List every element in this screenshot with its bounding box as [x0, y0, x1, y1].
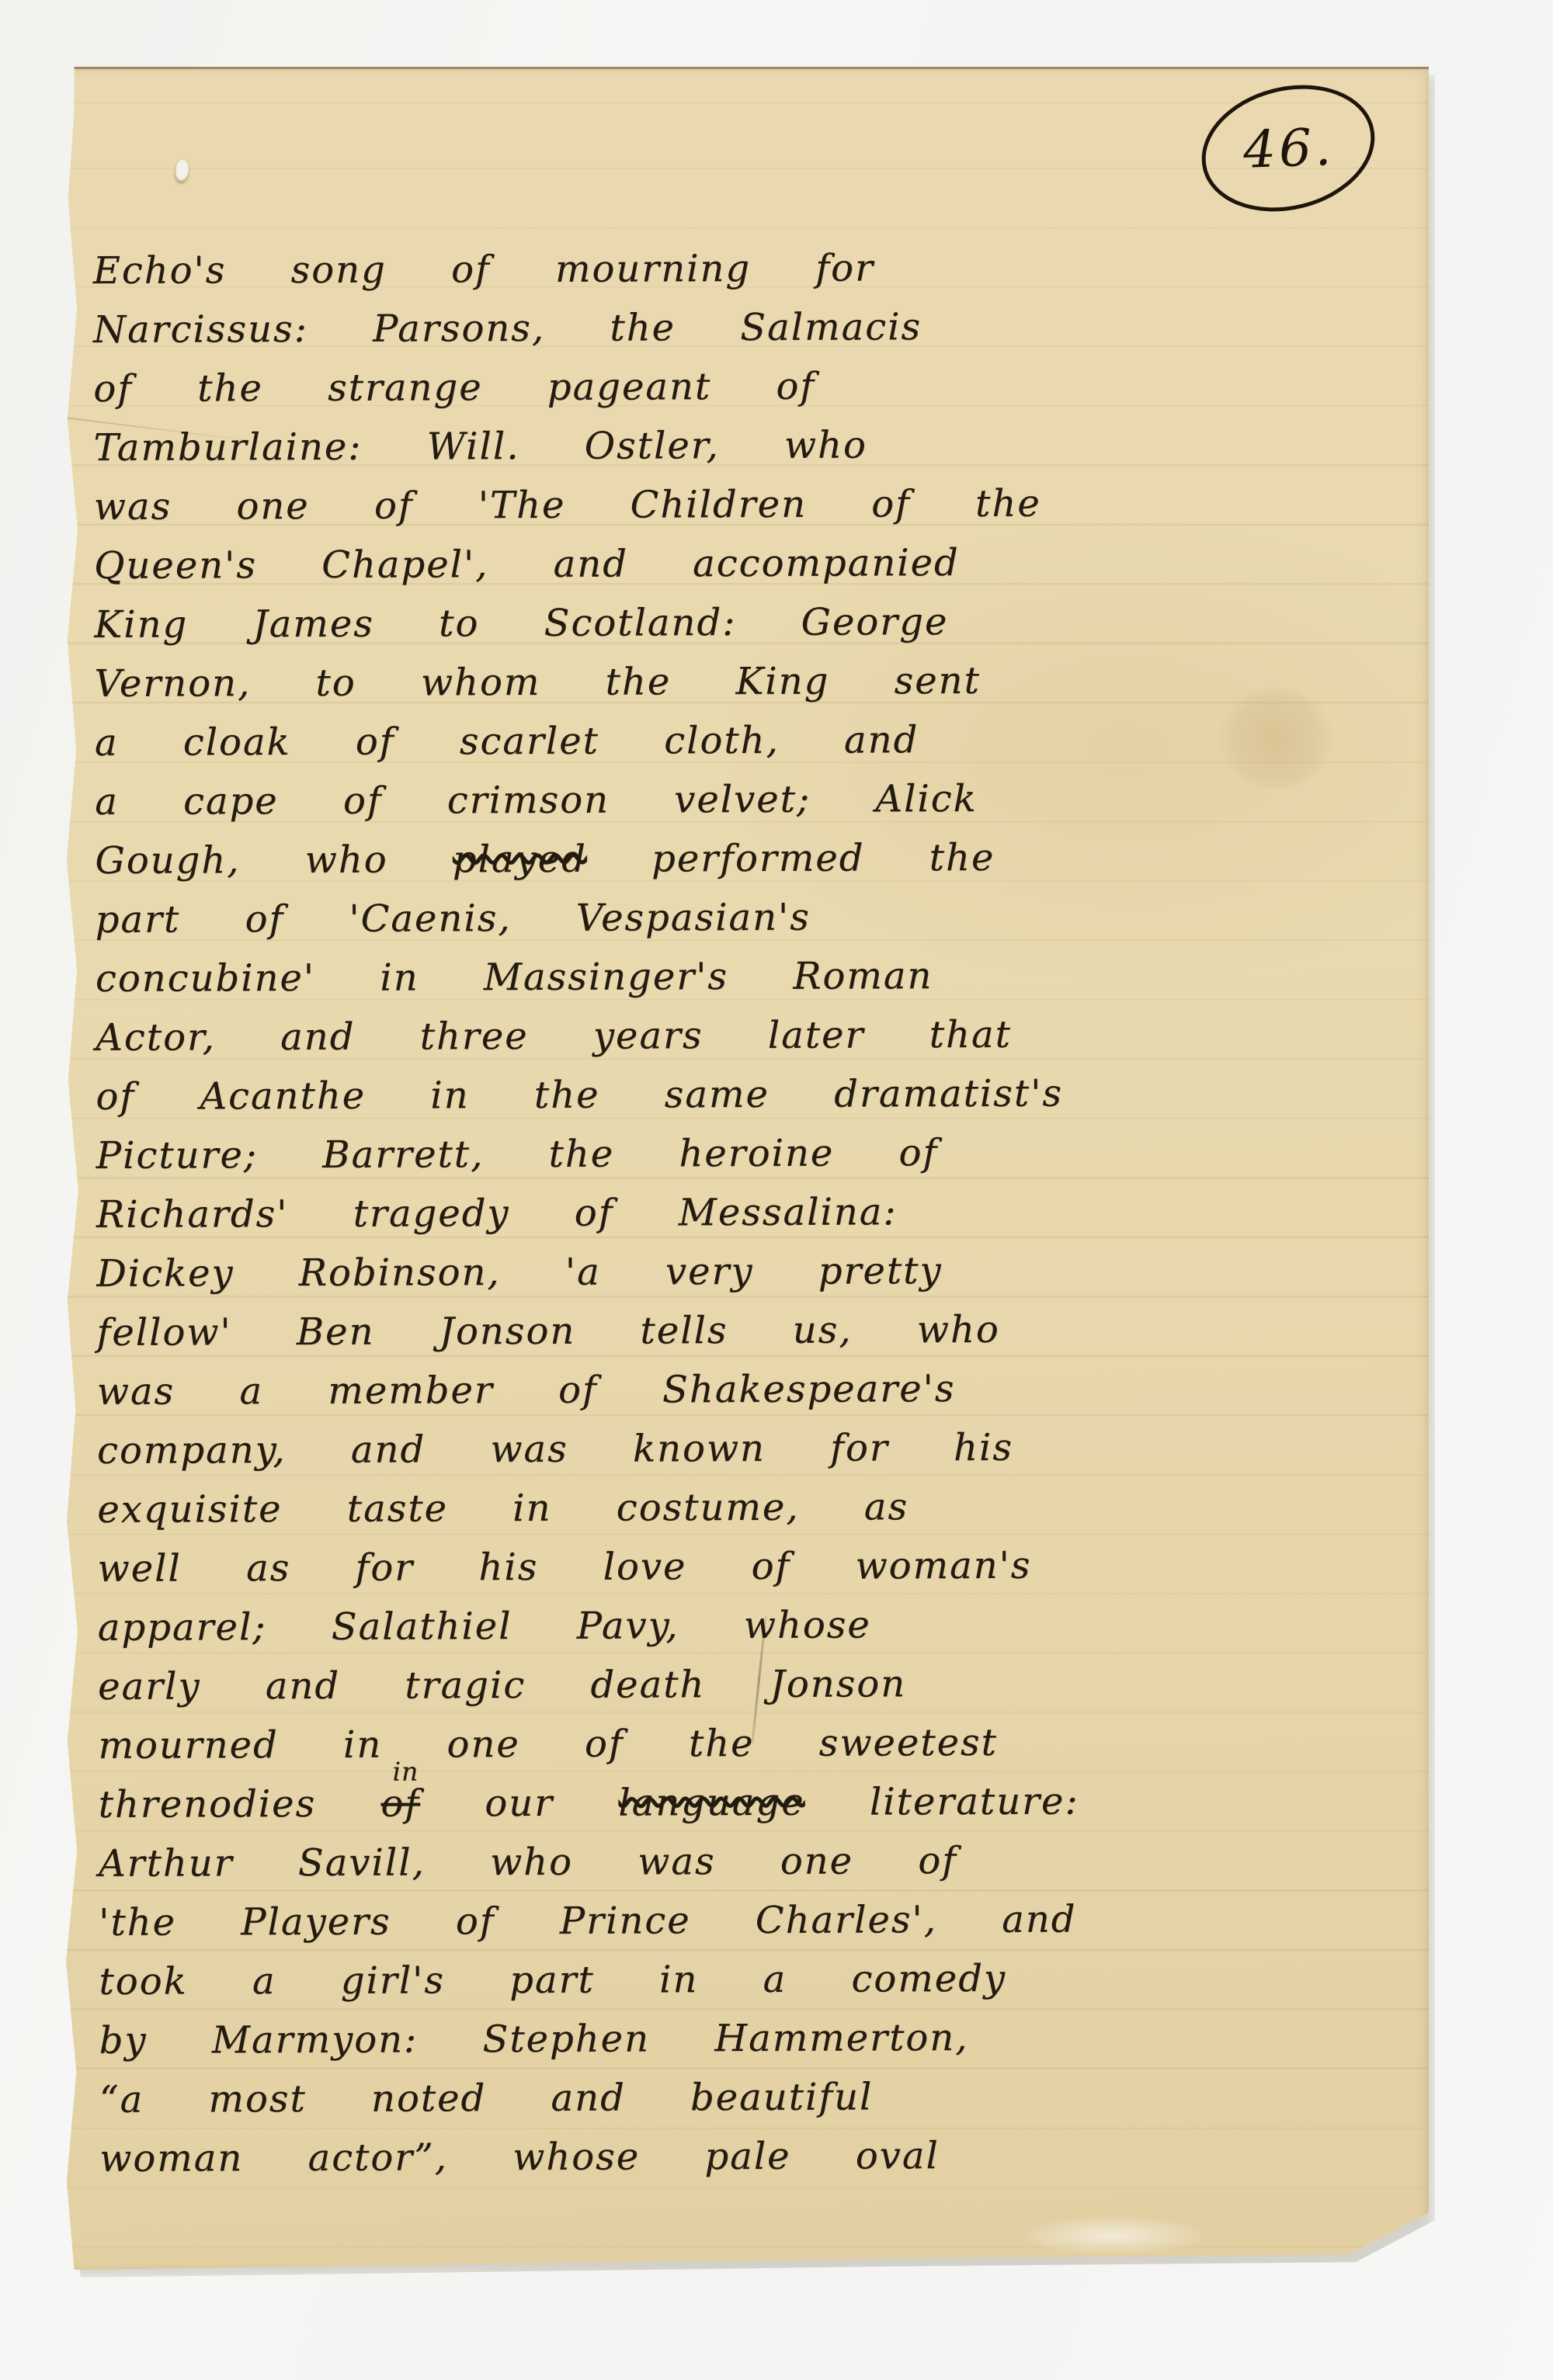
paper-bottom-smudge — [1023, 2217, 1202, 2254]
manuscript-line: Tamburlaine: Will. Ostler, who — [93, 414, 1398, 477]
manuscript-line: Actor, and three years later that — [96, 1004, 1400, 1067]
handwritten-text: literature: — [805, 1780, 1079, 1824]
manuscript-line: “a most noted and beautiful — [99, 2066, 1404, 2129]
paper-tear-hole — [174, 159, 190, 182]
handwritten-text: threnodies — [99, 1782, 381, 1827]
manuscript-line: well as for his love of woman's — [97, 1535, 1402, 1598]
manuscript-line: part of 'Caenis, Vespasian's — [96, 886, 1400, 949]
manuscript-line: 'the Players of Prince Charles', and — [99, 1889, 1403, 1952]
manuscript-line: woman actor”, whose pale oval — [99, 2125, 1404, 2188]
handwritten-text: Vernon, to whom the King sent — [95, 659, 981, 706]
manuscript-line: a cape of crimson velvet; Alick — [95, 768, 1399, 831]
manuscript-lines: Echo's song of mourning forNarcissus: Pa… — [93, 237, 1405, 2188]
manuscript-line: apparel; Salathiel Pavy, whose — [98, 1594, 1402, 1657]
page-number-circle: 46. — [1188, 68, 1388, 229]
handwritten-text: performed the — [587, 836, 995, 881]
strikethrough-word: language — [618, 1781, 804, 1825]
manuscript-line: of Acanthe in the same dramatist's — [96, 1063, 1400, 1126]
manuscript-line: Echo's song of mourning for — [93, 237, 1398, 300]
manuscript-line: King James to Scotland: George — [94, 591, 1398, 654]
handwritten-text: early and tragic death Jonson — [98, 1662, 906, 1709]
handwritten-text: Echo's song of mourning for — [93, 246, 874, 293]
manuscript-line: early and tragic death Jonson — [98, 1653, 1402, 1716]
handwritten-text: of Acanthe in the same dramatist's — [96, 1072, 1063, 1119]
handwritten-text: Narcissus: Parsons, the Salmacis — [93, 305, 922, 352]
manuscript-line: Queen's Chapel', and accompanied — [94, 532, 1398, 595]
manuscript-line: Arthur Savill, who was one of — [99, 1830, 1403, 1893]
manuscript-line: Picture; Barrett, the heroine of — [96, 1122, 1401, 1185]
manuscript-line: Narcissus: Parsons, the Salmacis — [93, 296, 1398, 359]
manuscript-line: took a girl's part in a comedy — [99, 1948, 1403, 2011]
manuscript-page: 46. Echo's song of mourning forNarcissus… — [61, 67, 1429, 2270]
handwritten-text: well as for his love of woman's — [97, 1544, 1031, 1591]
manuscript-line: fellow' Ben Jonson tells us, who — [96, 1299, 1401, 1362]
manuscript-line: Gough, who played performed the — [95, 827, 1399, 890]
handwritten-text: woman actor”, whose pale oval — [99, 2134, 940, 2181]
handwritten-text: Gough, who — [95, 838, 453, 883]
handwritten-text: of the strange pageant of — [93, 365, 815, 411]
handwritten-text: Arthur Savill, who was one of — [99, 1839, 957, 1886]
manuscript-line: company, and was known for his — [97, 1417, 1402, 1480]
handwritten-text: apparel; Salathiel Pavy, whose — [98, 1603, 871, 1649]
manuscript-line: threnodies ofin our language literature: — [99, 1771, 1403, 1834]
handwritten-text: King James to Scotland: George — [94, 600, 948, 647]
manuscript-line: mourned in one of the sweetest — [98, 1712, 1402, 1775]
handwritten-text: a cape of crimson velvet; Alick — [95, 777, 978, 824]
handwritten-text: was one of 'The Children of the — [94, 482, 1041, 529]
handwritten-text: concubine' in Massinger's Roman — [96, 954, 933, 1001]
inserted-word-above: in — [392, 1758, 419, 1784]
manuscript-line: exquisite taste in costume, as — [97, 1476, 1402, 1539]
handwritten-text: Richards' tragedy of Messalina: — [96, 1190, 898, 1237]
manuscript-line: Dickey Robinson, 'a very pretty — [96, 1240, 1401, 1303]
page-number: 46. — [1242, 116, 1335, 179]
handwritten-text: Picture; Barrett, the heroine of — [96, 1131, 939, 1178]
handwritten-text: fellow' Ben Jonson tells us, who — [96, 1308, 999, 1355]
handwritten-text: by Marmyon: Stephen Hammerton, — [99, 2016, 969, 2063]
strikethrough-word: played — [453, 838, 587, 882]
manuscript-line: was a member of Shakespeare's — [97, 1358, 1402, 1421]
manuscript-line: was one of 'The Children of the — [94, 473, 1398, 536]
handwritten-text: 'the Players of Prince Charles', and — [99, 1898, 1076, 1945]
manuscript-line: concubine' in Massinger's Roman — [96, 945, 1400, 1008]
manuscript-line: by Marmyon: Stephen Hammerton, — [99, 2007, 1404, 2070]
manuscript-line: Richards' tragedy of Messalina: — [96, 1181, 1401, 1244]
handwritten-text: was a member of Shakespeare's — [97, 1367, 956, 1414]
handwritten-text: mourned in one of the sweetest — [98, 1721, 998, 1768]
handwritten-text: a cloak of scarlet cloth, and — [95, 718, 919, 765]
strikethrough-word: ofin — [380, 1782, 420, 1825]
handwritten-text: Dickey Robinson, 'a very pretty — [96, 1249, 942, 1296]
manuscript-line: Vernon, to whom the King sent — [94, 650, 1398, 713]
handwritten-text: our — [420, 1782, 618, 1826]
handwritten-text: part of 'Caenis, Vespasian's — [96, 896, 811, 942]
manuscript-line: a cloak of scarlet cloth, and — [95, 709, 1399, 772]
handwritten-text: took a girl's part in a comedy — [99, 1957, 1006, 2004]
manuscript-line: of the strange pageant of — [93, 355, 1398, 418]
handwritten-text: Queen's Chapel', and accompanied — [94, 541, 960, 588]
handwritten-text: Tamburlaine: Will. Ostler, who — [93, 423, 867, 469]
handwritten-text: company, and was known for his — [97, 1426, 1013, 1473]
handwritten-text: “a most noted and beautiful — [99, 2075, 874, 2121]
paper-top-edge — [61, 67, 1429, 69]
handwritten-text: Actor, and three years later that — [96, 1013, 1012, 1060]
handwritten-text: exquisite taste in costume, as — [97, 1485, 909, 1532]
